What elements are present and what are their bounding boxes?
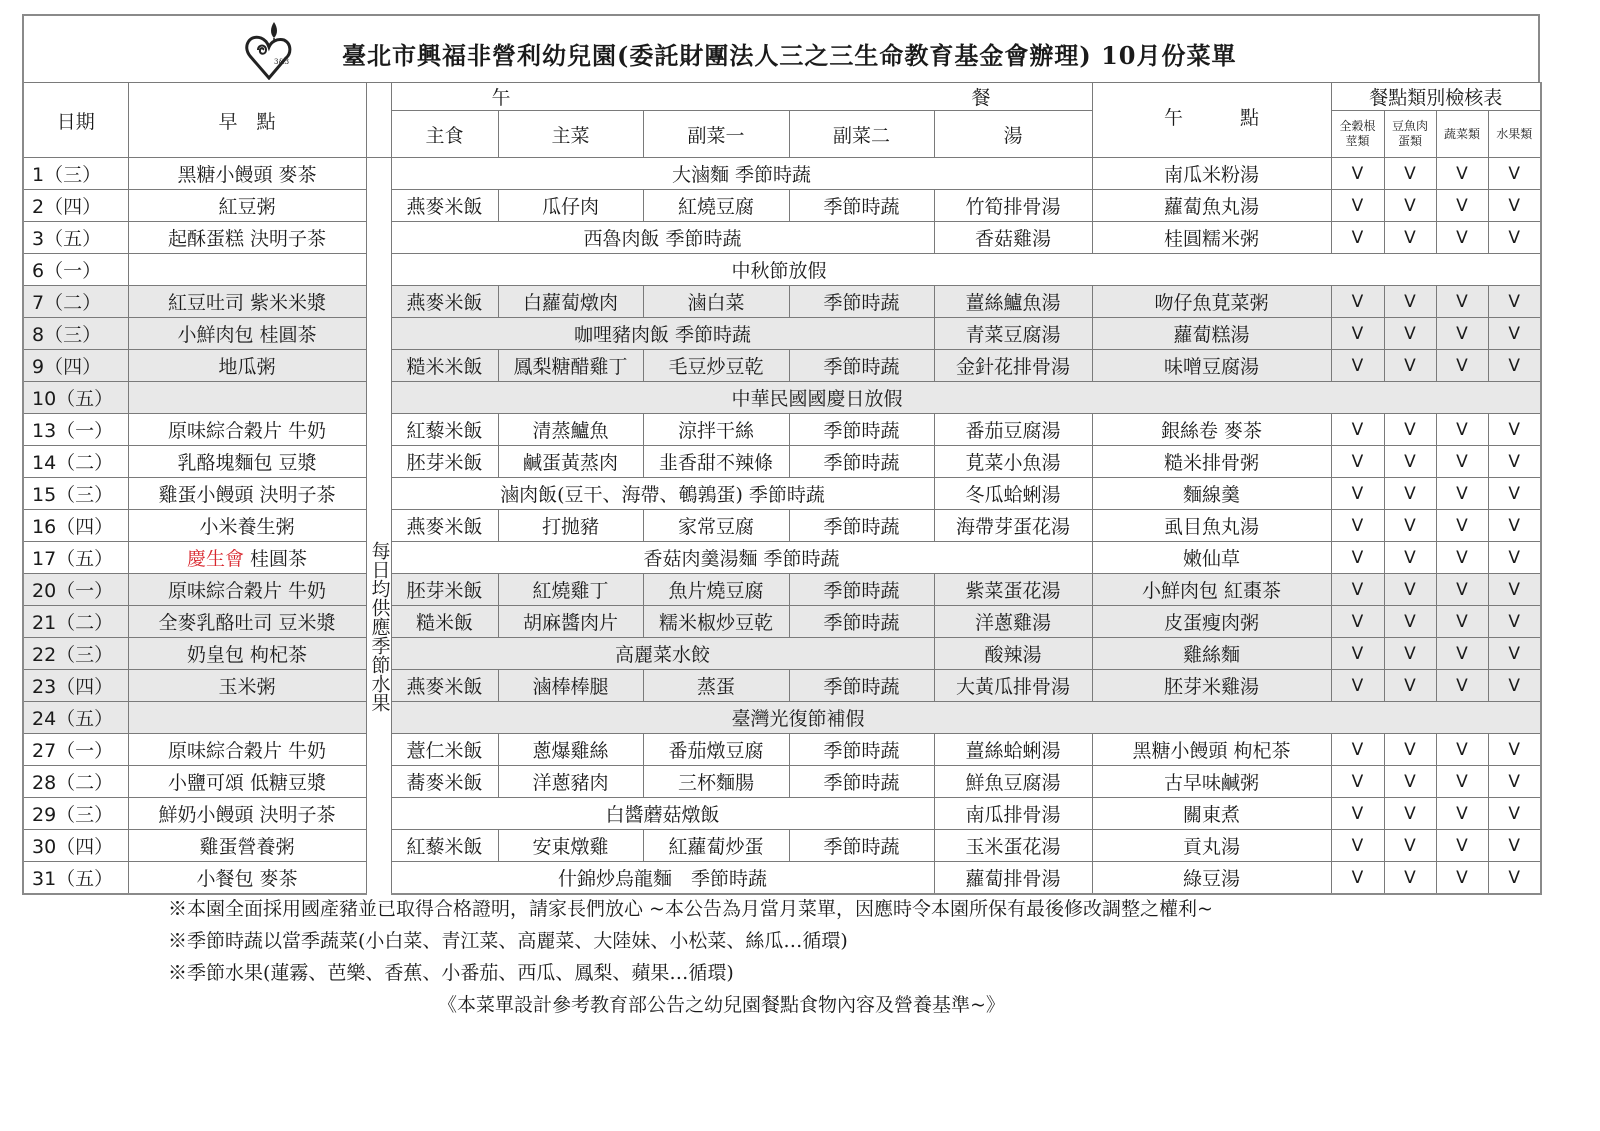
- breakfast-cell: 起酥蛋糕 決明子茶: [128, 222, 366, 254]
- side1-cell: 紅燒豆腐: [643, 190, 789, 222]
- breakfast-text: 紅豆粥: [218, 196, 275, 218]
- date-cell: 15（三）: [23, 478, 128, 510]
- soup-cell: 青菜豆腐湯: [934, 318, 1092, 350]
- lunch-combo-cell: 大滷麵 季節時蔬: [391, 158, 1092, 190]
- breakfast-text: 起酥蛋糕 決明子茶: [168, 228, 326, 250]
- side1-cell: 家常豆腐: [643, 510, 789, 542]
- soup-cell: 番茄豆腐湯: [934, 414, 1092, 446]
- soup-cell: 紫菜蛋花湯: [934, 574, 1092, 606]
- check-mark-cell: V: [1488, 318, 1541, 350]
- breakfast-text: 原味綜合穀片 牛奶: [168, 580, 326, 602]
- table-row: 14（二）乳酪塊麵包 豆漿胚芽米飯鹹蛋黃蒸肉韭香甜不辣條季節時蔬莧菜小魚湯糙米排…: [23, 446, 1541, 478]
- snack-cell: 綠豆湯: [1092, 862, 1331, 895]
- check-mark-cell: V: [1488, 350, 1541, 382]
- table-row: 10（五）中華民國國慶日放假: [23, 382, 1541, 414]
- menu-table: 日期 早 點 午 餐 午 點 餐點類別檢核表 主食 主菜 副菜一 副菜二 湯 全…: [22, 82, 1542, 895]
- breakfast-cell: 奶皇包 枸杞茶: [128, 638, 366, 670]
- breakfast-cell: [128, 702, 366, 734]
- check-mark-cell: V: [1331, 318, 1384, 350]
- breakfast-cell: 原味綜合穀片 牛奶: [128, 574, 366, 606]
- staple-cell: 紅藜米飯: [391, 414, 498, 446]
- check-mark-cell: V: [1488, 542, 1541, 574]
- breakfast-cell: 原味綜合穀片 牛奶: [128, 734, 366, 766]
- check-mark-cell: V: [1436, 798, 1488, 830]
- snack-cell: 嫩仙草: [1092, 542, 1331, 574]
- breakfast-text: 小鹽可頌 低糖豆漿: [168, 772, 326, 794]
- side2-cell: 季節時蔬: [789, 574, 934, 606]
- side1-cell: 韭香甜不辣條: [643, 446, 789, 478]
- side2-cell: 季節時蔬: [789, 190, 934, 222]
- snack-cell: 虱目魚丸湯: [1092, 510, 1331, 542]
- lunch-combo-cell: 白醬蘑菇燉飯: [391, 798, 934, 830]
- main-dish-cell: 滷棒棒腿: [498, 670, 643, 702]
- main-dish-cell: 蔥爆雞絲: [498, 734, 643, 766]
- check-mark-cell: V: [1436, 286, 1488, 318]
- date-cell: 9（四）: [23, 350, 128, 382]
- side1-cell: 滷白菜: [643, 286, 789, 318]
- snack-cell: 關東煮: [1092, 798, 1331, 830]
- check-mark-cell: V: [1436, 638, 1488, 670]
- check-mark-cell: V: [1384, 670, 1436, 702]
- side1-cell: 魚片燒豆腐: [643, 574, 789, 606]
- check-mark-cell: V: [1436, 542, 1488, 574]
- soup-cell: 海帶芽蛋花湯: [934, 510, 1092, 542]
- breakfast-text: 雞蛋小饅頭 決明子茶: [158, 484, 335, 506]
- date-cell: 17（五）: [23, 542, 128, 574]
- holiday-cell: 臺灣光復節補假: [391, 702, 1541, 734]
- header-lunch-left: 午: [492, 83, 511, 110]
- breakfast-cell: 黑糖小饅頭 麥茶: [128, 158, 366, 190]
- table-row: 23（四）玉米粥燕麥米飯滷棒棒腿蒸蛋季節時蔬大黃瓜排骨湯胚芽米雞湯VVVV: [23, 670, 1541, 702]
- main-dish-cell: 鹹蛋黃蒸肉: [498, 446, 643, 478]
- check-mark-cell: V: [1436, 222, 1488, 254]
- check-mark-cell: V: [1436, 414, 1488, 446]
- check-mark-cell: V: [1384, 606, 1436, 638]
- check-mark-cell: V: [1384, 478, 1436, 510]
- check-mark-cell: V: [1384, 510, 1436, 542]
- table-row: 8（三）小鮮肉包 桂圓茶咖哩豬肉飯 季節時蔬青菜豆腐湯蘿蔔糕湯VVVV: [23, 318, 1541, 350]
- main-dish-cell: 胡麻醬肉片: [498, 606, 643, 638]
- table-row: 22（三）奶皇包 枸杞茶高麗菜水餃酸辣湯雞絲麵VVVV: [23, 638, 1541, 670]
- soup-cell: 薑絲鱸魚湯: [934, 286, 1092, 318]
- notes: ※本園全面採用國產豬並已取得合格證明，請家長們放心 ~本公告為月當月菜單，因應時…: [168, 893, 1213, 989]
- header-check-vegetables: 蔬菜類: [1436, 111, 1488, 158]
- check-mark-cell: V: [1436, 766, 1488, 798]
- breakfast-text: 奶皇包 枸杞茶: [187, 644, 307, 666]
- table-row: 2（四）紅豆粥燕麥米飯瓜仔肉紅燒豆腐季節時蔬竹筍排骨湯蘿蔔魚丸湯VVVV: [23, 190, 1541, 222]
- table-row: 9（四）地瓜粥糙米米飯鳳梨糖醋雞丁毛豆炒豆乾季節時蔬金針花排骨湯味噌豆腐湯VVV…: [23, 350, 1541, 382]
- heart-spiral-leaf-logo-icon: 3&3: [244, 20, 294, 80]
- date-cell: 16（四）: [23, 510, 128, 542]
- snack-cell: 蘿蔔糕湯: [1092, 318, 1331, 350]
- staple-cell: 燕麥米飯: [391, 286, 498, 318]
- date-cell: 30（四）: [23, 830, 128, 862]
- snack-cell: 味噌豆腐湯: [1092, 350, 1331, 382]
- main-dish-cell: 清蒸鱸魚: [498, 414, 643, 446]
- check-mark-cell: V: [1384, 798, 1436, 830]
- breakfast-cell: [128, 382, 366, 414]
- check-mark-cell: V: [1384, 734, 1436, 766]
- table-row: 24（五）臺灣光復節補假: [23, 702, 1541, 734]
- soup-cell: 竹筍排骨湯: [934, 190, 1092, 222]
- check-mark-cell: V: [1436, 190, 1488, 222]
- side1-cell: 糯米椒炒豆乾: [643, 606, 789, 638]
- svg-text:3&3: 3&3: [274, 58, 289, 66]
- side1-cell: 紅蘿蔔炒蛋: [643, 830, 789, 862]
- check-mark-cell: V: [1436, 478, 1488, 510]
- breakfast-text: 小鮮肉包 桂圓茶: [177, 324, 316, 346]
- breakfast-text: 全麥乳酪吐司 豆米漿: [158, 612, 335, 634]
- snack-cell: 黑糖小饅頭 枸杞茶: [1092, 734, 1331, 766]
- date-cell: 23（四）: [23, 670, 128, 702]
- breakfast-text: 小米養生粥: [199, 516, 294, 538]
- soup-cell: 冬瓜蛤蜊湯: [934, 478, 1092, 510]
- check-mark-cell: V: [1331, 542, 1384, 574]
- side1-cell: 番茄燉豆腐: [643, 734, 789, 766]
- staple-cell: 燕麥米飯: [391, 670, 498, 702]
- side2-cell: 季節時蔬: [789, 286, 934, 318]
- check-mark-cell: V: [1331, 446, 1384, 478]
- date-cell: 1（三）: [23, 158, 128, 190]
- breakfast-text: 小餐包 麥茶: [196, 868, 297, 890]
- check-mark-cell: V: [1384, 318, 1436, 350]
- breakfast-cell: [128, 254, 366, 286]
- check-mark-cell: V: [1331, 734, 1384, 766]
- table-row: 7（二）紅豆吐司 紫米米漿燕麥米飯白蘿蔔燉肉滷白菜季節時蔬薑絲鱸魚湯吻仔魚莧菜粥…: [23, 286, 1541, 318]
- check-mark-cell: V: [1488, 222, 1541, 254]
- date-cell: 24（五）: [23, 702, 128, 734]
- staple-cell: 紅藜米飯: [391, 830, 498, 862]
- breakfast-cell: 雞蛋小饅頭 決明子茶: [128, 478, 366, 510]
- breakfast-cell: 小鮮肉包 桂圓茶: [128, 318, 366, 350]
- check-mark-cell: V: [1488, 286, 1541, 318]
- table-row: 17（五）慶生會 桂圓茶香菇肉羹湯麵 季節時蔬嫩仙草VVVV: [23, 542, 1541, 574]
- check-mark-cell: V: [1331, 606, 1384, 638]
- check-mark-cell: V: [1488, 670, 1541, 702]
- birthday-party-label: 慶生會: [187, 548, 244, 570]
- date-cell: 7（二）: [23, 286, 128, 318]
- header-breakfast: 早 點: [128, 83, 366, 158]
- breakfast-cell: 地瓜粥: [128, 350, 366, 382]
- check-mark-cell: V: [1331, 414, 1384, 446]
- breakfast-cell: 小米養生粥: [128, 510, 366, 542]
- snack-cell: 南瓜米粉湯: [1092, 158, 1331, 190]
- check-mark-cell: V: [1384, 158, 1436, 190]
- check-mark-cell: V: [1488, 734, 1541, 766]
- staple-cell: 糙米飯: [391, 606, 498, 638]
- staple-cell: 蕎麥米飯: [391, 766, 498, 798]
- soup-cell: 大黃瓜排骨湯: [934, 670, 1092, 702]
- menu-body: 1（三）黑糖小饅頭 麥茶每日均供應季節水果大滷麵 季節時蔬南瓜米粉湯VVVV2（…: [23, 158, 1541, 895]
- check-mark-cell: V: [1488, 862, 1541, 895]
- breakfast-text: 原味綜合穀片 牛奶: [168, 740, 326, 762]
- date-cell: 8（三）: [23, 318, 128, 350]
- check-mark-cell: V: [1331, 862, 1384, 895]
- lunch-combo-cell: 滷肉飯(豆干、海帶、鵪鶉蛋) 季節時蔬: [391, 478, 934, 510]
- breakfast-text: 桂圓茶: [244, 548, 307, 570]
- check-mark-cell: V: [1436, 510, 1488, 542]
- holiday-cell: 中華民國國慶日放假: [391, 382, 1541, 414]
- date-cell: 28（二）: [23, 766, 128, 798]
- check-mark-cell: V: [1384, 574, 1436, 606]
- holiday-cell: 中秋節放假: [391, 254, 1541, 286]
- page-title: 臺北市興福非營利幼兒園(委託財團法人三之三生命教育基金會辦理) 10月份菜單: [342, 36, 1236, 71]
- soup-cell: 酸辣湯: [934, 638, 1092, 670]
- check-mark-cell: V: [1384, 766, 1436, 798]
- soup-cell: 薑絲蛤蜊湯: [934, 734, 1092, 766]
- header-lunch-group: 午 餐: [391, 83, 1092, 111]
- main-dish-cell: 紅燒雞丁: [498, 574, 643, 606]
- check-mark-cell: V: [1436, 670, 1488, 702]
- check-mark-cell: V: [1331, 510, 1384, 542]
- check-mark-cell: V: [1384, 862, 1436, 895]
- check-mark-cell: V: [1384, 286, 1436, 318]
- breakfast-text: 原味綜合穀片 牛奶: [168, 420, 326, 442]
- date-cell: 6（一）: [23, 254, 128, 286]
- snack-cell: 蘿蔔魚丸湯: [1092, 190, 1331, 222]
- side2-cell: 季節時蔬: [789, 830, 934, 862]
- side2-cell: 季節時蔬: [789, 446, 934, 478]
- side1-cell: 涼拌干絲: [643, 414, 789, 446]
- header-side2: 副菜二: [789, 111, 934, 158]
- header-soup: 湯: [934, 111, 1092, 158]
- staple-cell: 燕麥米飯: [391, 190, 498, 222]
- breakfast-text: 乳酪塊麵包 豆漿: [177, 452, 316, 474]
- check-mark-cell: V: [1488, 446, 1541, 478]
- table-row: 3（五）起酥蛋糕 決明子茶西魯肉飯 季節時蔬香菇雞湯桂圓糯米粥VVVV: [23, 222, 1541, 254]
- side2-cell: 季節時蔬: [789, 510, 934, 542]
- date-cell: 14（二）: [23, 446, 128, 478]
- check-mark-cell: V: [1436, 862, 1488, 895]
- table-row: 31（五）小餐包 麥茶什錦炒烏龍麵 季節時蔬蘿蔔排骨湯綠豆湯VVVV: [23, 862, 1541, 895]
- snack-cell: 皮蛋瘦肉粥: [1092, 606, 1331, 638]
- check-mark-cell: V: [1331, 222, 1384, 254]
- side2-cell: 季節時蔬: [789, 734, 934, 766]
- check-mark-cell: V: [1436, 318, 1488, 350]
- check-mark-cell: V: [1436, 606, 1488, 638]
- check-mark-cell: V: [1488, 606, 1541, 638]
- header-check-group: 餐點類別檢核表: [1331, 83, 1541, 111]
- check-mark-cell: V: [1488, 574, 1541, 606]
- snack-cell: 胚芽米雞湯: [1092, 670, 1331, 702]
- table-row: 16（四）小米養生粥燕麥米飯打拋豬家常豆腐季節時蔬海帶芽蛋花湯虱目魚丸湯VVVV: [23, 510, 1541, 542]
- header-check-grains: 全穀根莖類: [1331, 111, 1384, 158]
- side2-cell: 季節時蔬: [789, 414, 934, 446]
- breakfast-cell: 小鹽可頌 低糖豆漿: [128, 766, 366, 798]
- table-row: 13（一）原味綜合穀片 牛奶紅藜米飯清蒸鱸魚涼拌干絲季節時蔬番茄豆腐湯銀絲卷 麥…: [23, 414, 1541, 446]
- soup-cell: 南瓜排骨湯: [934, 798, 1092, 830]
- check-mark-cell: V: [1436, 350, 1488, 382]
- soup-cell: 鮮魚豆腐湯: [934, 766, 1092, 798]
- check-mark-cell: V: [1331, 158, 1384, 190]
- header-side1: 副菜一: [643, 111, 789, 158]
- side2-cell: 季節時蔬: [789, 606, 934, 638]
- side2-cell: 季節時蔬: [789, 350, 934, 382]
- daily-fruit-note: 每日均供應季節水果: [366, 158, 391, 895]
- table-row: 29（三）鮮奶小饅頭 決明子茶白醬蘑菇燉飯南瓜排骨湯關東煮VVVV: [23, 798, 1541, 830]
- check-mark-cell: V: [1384, 446, 1436, 478]
- check-mark-cell: V: [1384, 350, 1436, 382]
- main-dish-cell: 鳳梨糖醋雞丁: [498, 350, 643, 382]
- table-row: 30（四）雞蛋營養粥紅藜米飯安東燉雞紅蘿蔔炒蛋季節時蔬玉米蛋花湯貢丸湯VVVV: [23, 830, 1541, 862]
- table-row: 1（三）黑糖小饅頭 麥茶每日均供應季節水果大滷麵 季節時蔬南瓜米粉湯VVVV: [23, 158, 1541, 190]
- check-mark-cell: V: [1331, 766, 1384, 798]
- table-row: 21（二）全麥乳酪吐司 豆米漿糙米飯胡麻醬肉片糯米椒炒豆乾季節時蔬洋蔥雞湯皮蛋瘦…: [23, 606, 1541, 638]
- snack-cell: 桂圓糯米粥: [1092, 222, 1331, 254]
- breakfast-cell: 鮮奶小饅頭 決明子茶: [128, 798, 366, 830]
- check-mark-cell: V: [1488, 510, 1541, 542]
- check-mark-cell: V: [1384, 542, 1436, 574]
- snack-cell: 麵線羹: [1092, 478, 1331, 510]
- snack-cell: 銀絲卷 麥茶: [1092, 414, 1331, 446]
- side1-cell: 蒸蛋: [643, 670, 789, 702]
- table-row: 6（一）中秋節放假: [23, 254, 1541, 286]
- main-dish-cell: 洋蔥豬肉: [498, 766, 643, 798]
- check-mark-cell: V: [1488, 158, 1541, 190]
- header-check-protein: 豆魚肉蛋類: [1384, 111, 1436, 158]
- check-mark-cell: V: [1488, 798, 1541, 830]
- check-mark-cell: V: [1436, 734, 1488, 766]
- breakfast-text: 黑糖小饅頭 麥茶: [177, 164, 316, 186]
- breakfast-cell: 全麥乳酪吐司 豆米漿: [128, 606, 366, 638]
- breakfast-cell: 雞蛋營養粥: [128, 830, 366, 862]
- breakfast-cell: 原味綜合穀片 牛奶: [128, 414, 366, 446]
- header-lunch-right: 餐: [972, 83, 991, 110]
- table-row: 20（一）原味綜合穀片 牛奶胚芽米飯紅燒雞丁魚片燒豆腐季節時蔬紫菜蛋花湯小鮮肉包…: [23, 574, 1541, 606]
- staple-cell: 胚芽米飯: [391, 574, 498, 606]
- breakfast-cell: 乳酪塊麵包 豆漿: [128, 446, 366, 478]
- check-mark-cell: V: [1488, 830, 1541, 862]
- date-cell: 10（五）: [23, 382, 128, 414]
- staple-cell: 燕麥米飯: [391, 510, 498, 542]
- header-check-fruit: 水果類: [1488, 111, 1541, 158]
- header-snack: 午 點: [1092, 83, 1331, 158]
- breakfast-cell: 紅豆吐司 紫米米漿: [128, 286, 366, 318]
- breakfast-cell: 小餐包 麥茶: [128, 862, 366, 895]
- check-mark-cell: V: [1331, 638, 1384, 670]
- breakfast-cell: 慶生會 桂圓茶: [128, 542, 366, 574]
- check-mark-cell: V: [1331, 574, 1384, 606]
- snack-cell: 小鮮肉包 紅棗茶: [1092, 574, 1331, 606]
- soup-cell: 金針花排骨湯: [934, 350, 1092, 382]
- check-mark-cell: V: [1331, 830, 1384, 862]
- table-row: 27（一）原味綜合穀片 牛奶薏仁米飯蔥爆雞絲番茄燉豆腐季節時蔬薑絲蛤蜊湯黑糖小饅…: [23, 734, 1541, 766]
- side1-cell: 三杯麵腸: [643, 766, 789, 798]
- breakfast-cell: 玉米粥: [128, 670, 366, 702]
- side2-cell: 季節時蔬: [789, 766, 934, 798]
- main-dish-cell: 安東燉雞: [498, 830, 643, 862]
- staple-cell: 糙米米飯: [391, 350, 498, 382]
- title-bar: 3&3 臺北市興福非營利幼兒園(委託財團法人三之三生命教育基金會辦理) 10月份…: [22, 14, 1540, 82]
- check-mark-cell: V: [1331, 286, 1384, 318]
- check-mark-cell: V: [1384, 830, 1436, 862]
- check-mark-cell: V: [1384, 222, 1436, 254]
- staple-cell: 胚芽米飯: [391, 446, 498, 478]
- check-mark-cell: V: [1436, 158, 1488, 190]
- check-mark-cell: V: [1331, 798, 1384, 830]
- soup-cell: 蘿蔔排骨湯: [934, 862, 1092, 895]
- lunch-combo-cell: 咖哩豬肉飯 季節時蔬: [391, 318, 934, 350]
- side1-cell: 毛豆炒豆乾: [643, 350, 789, 382]
- date-cell: 29（三）: [23, 798, 128, 830]
- check-mark-cell: V: [1488, 638, 1541, 670]
- check-mark-cell: V: [1436, 574, 1488, 606]
- check-mark-cell: V: [1331, 350, 1384, 382]
- menu-page: 3&3 臺北市興福非營利幼兒園(委託財團法人三之三生命教育基金會辦理) 10月份…: [0, 0, 1600, 1131]
- date-cell: 3（五）: [23, 222, 128, 254]
- date-cell: 20（一）: [23, 574, 128, 606]
- date-cell: 31（五）: [23, 862, 128, 895]
- check-mark-cell: V: [1488, 190, 1541, 222]
- soup-cell: 洋蔥雞湯: [934, 606, 1092, 638]
- lunch-combo-cell: 什錦炒烏龍麵 季節時蔬: [391, 862, 934, 895]
- check-mark-cell: V: [1331, 190, 1384, 222]
- side2-cell: 季節時蔬: [789, 670, 934, 702]
- table-row: 28（二）小鹽可頌 低糖豆漿蕎麥米飯洋蔥豬肉三杯麵腸季節時蔬鮮魚豆腐湯古早味鹹粥…: [23, 766, 1541, 798]
- soup-cell: 莧菜小魚湯: [934, 446, 1092, 478]
- breakfast-text: 雞蛋營養粥: [199, 836, 294, 858]
- breakfast-text: 紅豆吐司 紫米米漿: [168, 292, 326, 314]
- note-fruit: ※季節水果(蓮霧、芭樂、香蕉、小番茄、西瓜、鳳梨、蘋果…循環): [168, 957, 1213, 989]
- header-fruit-gap: [366, 83, 391, 158]
- lunch-combo-cell: 香菇肉羹湯麵 季節時蔬: [391, 542, 1092, 574]
- check-mark-cell: V: [1384, 638, 1436, 670]
- main-dish-cell: 白蘿蔔燉肉: [498, 286, 643, 318]
- note-vegetables: ※季節時蔬以當季蔬菜(小白菜、青江菜、高麗菜、大陸妹、小松菜、絲瓜…循環): [168, 925, 1213, 957]
- check-mark-cell: V: [1436, 830, 1488, 862]
- check-mark-cell: V: [1331, 670, 1384, 702]
- lunch-combo-cell: 西魯肉飯 季節時蔬: [391, 222, 934, 254]
- date-cell: 2（四）: [23, 190, 128, 222]
- breakfast-text: 玉米粥: [218, 676, 275, 698]
- check-mark-cell: V: [1384, 190, 1436, 222]
- soup-cell: 玉米蛋花湯: [934, 830, 1092, 862]
- note-pork: ※本園全面採用國產豬並已取得合格證明，請家長們放心 ~本公告為月當月菜單，因應時…: [168, 893, 1213, 925]
- snack-cell: 貢丸湯: [1092, 830, 1331, 862]
- date-cell: 22（三）: [23, 638, 128, 670]
- date-cell: 21（二）: [23, 606, 128, 638]
- table-row: 15（三）雞蛋小饅頭 決明子茶滷肉飯(豆干、海帶、鵪鶉蛋) 季節時蔬冬瓜蛤蜊湯麵…: [23, 478, 1541, 510]
- check-mark-cell: V: [1488, 414, 1541, 446]
- breakfast-text: 地瓜粥: [218, 356, 275, 378]
- lunch-combo-cell: 高麗菜水餃: [391, 638, 934, 670]
- date-cell: 27（一）: [23, 734, 128, 766]
- breakfast-text: 鮮奶小饅頭 決明子茶: [158, 804, 335, 826]
- header-date: 日期: [23, 83, 128, 158]
- main-dish-cell: 瓜仔肉: [498, 190, 643, 222]
- header-staple: 主食: [391, 111, 498, 158]
- check-mark-cell: V: [1331, 478, 1384, 510]
- snack-cell: 古早味鹹粥: [1092, 766, 1331, 798]
- snack-cell: 雞絲麵: [1092, 638, 1331, 670]
- date-cell: 13（一）: [23, 414, 128, 446]
- check-mark-cell: V: [1384, 414, 1436, 446]
- snack-cell: 吻仔魚莧菜粥: [1092, 286, 1331, 318]
- main-dish-cell: 打拋豬: [498, 510, 643, 542]
- snack-cell: 糙米排骨粥: [1092, 446, 1331, 478]
- check-mark-cell: V: [1488, 478, 1541, 510]
- staple-cell: 薏仁米飯: [391, 734, 498, 766]
- check-mark-cell: V: [1436, 446, 1488, 478]
- check-mark-cell: V: [1488, 766, 1541, 798]
- breakfast-cell: 紅豆粥: [128, 190, 366, 222]
- soup-cell: 香菇雞湯: [934, 222, 1092, 254]
- closing-note: 《本菜單設計參考教育部公告之幼兒園餐點食物內容及營養基準~》: [438, 990, 1005, 1017]
- header-main-dish: 主菜: [498, 111, 643, 158]
